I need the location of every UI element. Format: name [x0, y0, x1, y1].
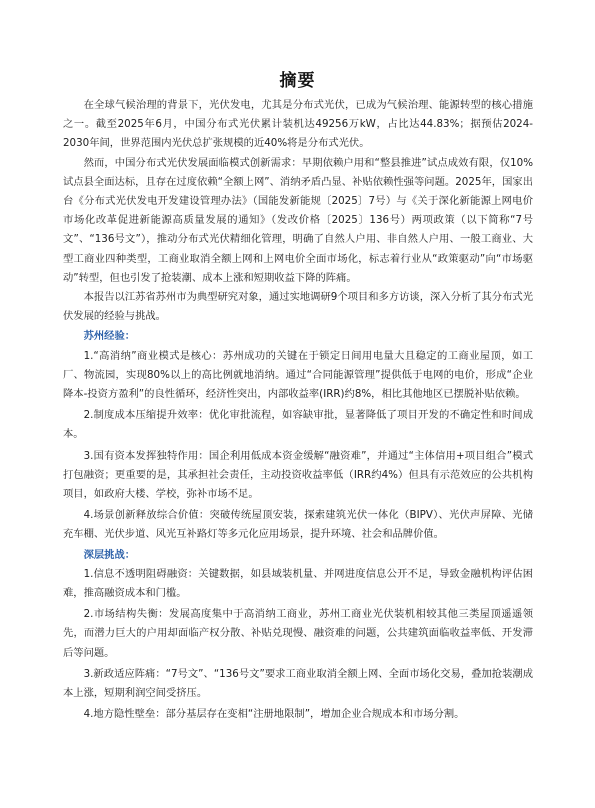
challenge-item: 2.市场结构失衡：发展高度集中于高消纳工商业，苏州工商业光伏装机相较其他三类屋顶… [63, 605, 533, 663]
challenge-item: 1.信息不透明阻碍融资：关键数据，如县域装机量、并网进度信息公开不足，导致金融机… [63, 565, 533, 603]
page-title: 摘要 [0, 66, 595, 91]
experience-item: 4.场景创新释放综合价值：突破传统屋顶安装，探索建筑光伏一体化（BIPV）、光伏… [63, 506, 533, 544]
experience-item: 2.制度成本压缩提升效率：优化审批流程，如容缺审批，显著降低了项目开发的不确定性… [63, 406, 533, 444]
document-page: 摘要 在全球气候治理的背景下，光伏发电，尤其是分布式光伏，已成为气候治理、能源转… [0, 0, 595, 808]
challenge-item: 4.地方隐性壁垒：部分基层存在变相“注册地限制”，增加企业合规成本和市场分割。 [63, 705, 533, 724]
experience-item: 1.“高消纳”商业模式是核心：苏州成功的关键在于锁定日间用电量大且稳定的工商业屋… [63, 347, 533, 405]
section-heading-challenges: 深层挑战： [63, 546, 533, 565]
abstract-body: 在全球气候治理的背景下，光伏发电，尤其是分布式光伏，已成为气候治理、能源转型的核… [63, 96, 533, 725]
challenge-item: 3.新政适应阵痛：“7号文”、“136号文”要求工商业取消全额上网、全面市场化交… [63, 665, 533, 703]
paragraph-policy: 然而，中国分布式光伏发展面临模式创新需求：早期依赖户用和“整县推进”试点成效有限… [63, 154, 533, 288]
experience-item: 3.国有资本发挥独特作用：国企利用低成本资金缓解“融资难”，并通过“主体信用+项… [63, 447, 533, 505]
paragraph-background: 在全球气候治理的背景下，光伏发电，尤其是分布式光伏，已成为气候治理、能源转型的核… [63, 96, 533, 154]
paragraph-scope: 本报告以江苏省苏州市为典型研究对象，通过实地调研9个项目和多方访谈，深入分析了其… [63, 288, 533, 326]
section-heading-experience: 苏州经验： [63, 327, 533, 346]
